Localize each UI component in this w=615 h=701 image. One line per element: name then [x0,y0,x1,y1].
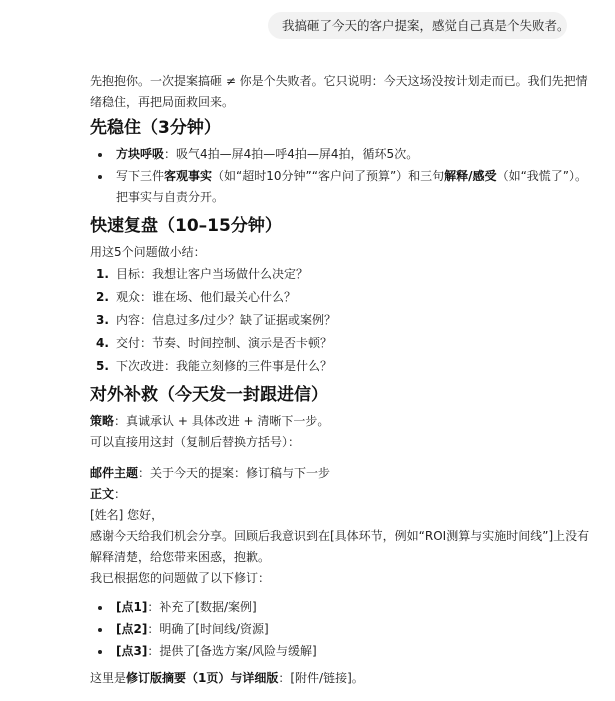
list-item: 4.交付：节奏、时间控制、演示是否卡顿？ [90,333,595,354]
list-item: 5.下次改进：我能立刻修的三件事是什么？ [90,356,595,377]
list-item: 方块呼吸：吸气4拍—屏4拍—呼4拍—屏4拍，循环5次。 [90,144,595,165]
section-heading-review: 快速复盘（10–15分钟） [90,214,595,238]
stabilize-list: 方块呼吸：吸气4拍—屏4拍—呼4拍—屏4拍，循环5次。 写下三件客观事实（如“超… [90,144,595,208]
user-message-text: 我搞砸了今天的客户提案，感觉自己真是个失败者。 [282,18,570,33]
list-item: 1.目标：我想让客户当场做什么决定？ [90,264,595,285]
list-item: 2.观众：谁在场、他们最关心什么？ [90,287,595,308]
list-item: [点1]：补充了[数据/案例] [90,597,595,618]
email-closing: 这里是修订版摘要（1页）与详细版：[附件/链接]。 [90,668,595,689]
review-lead: 用这5个问题做小结： [90,242,595,263]
email-paragraph-1: 感谢今天给我们机会分享。回顾后我意识到在[具体环节，例如“ROI测算与实施时间线… [90,526,595,568]
list-item: [点2]：明确了[时间线/资源] [90,619,595,640]
email-greeting: [姓名] 您好， [90,505,595,526]
review-questions-list: 1.目标：我想让客户当场做什么决定？ 2.观众：谁在场、他们最关心什么？ 3.内… [90,264,595,377]
email-subject: 邮件主题：关于今天的提案：修订稿与下一步 [90,463,595,484]
revision-points-list: [点1]：补充了[数据/案例] [点2]：明确了[时间线/资源] [点3]：提供… [90,597,595,662]
user-message-bubble: 我搞砸了今天的客户提案，感觉自己真是个失败者。 [268,12,567,39]
section-heading-stabilize: 先稳住（3分钟） [90,116,595,140]
assistant-response: 先抱抱你。一次提案搞砸 ≠ 你是个失败者。它只说明：今天这场没按计划走而已。我们… [90,71,595,689]
list-item: [点3]：提供了[备选方案/风险与缓解] [90,641,595,662]
email-paragraph-2: 我已根据您的问题做了以下修订： [90,568,595,589]
email-body-label: 正文： [90,484,595,505]
template-note: 可以直接用这封（复制后替换方括号）： [90,432,595,453]
strategy-line: 策略：真诚承认 + 具体改进 + 清晰下一步。 [90,411,595,432]
section-heading-recovery: 对外补救（今天发一封跟进信） [90,383,595,407]
list-item: 写下三件客观事实（如“超时10分钟”“客户问了预算”）和三句解释/感受（如“我慌… [90,166,595,208]
list-item: 3.内容：信息过多/过少？缺了证据或案例？ [90,310,595,331]
intro-paragraph: 先抱抱你。一次提案搞砸 ≠ 你是个失败者。它只说明：今天这场没按计划走而已。我们… [90,71,595,113]
